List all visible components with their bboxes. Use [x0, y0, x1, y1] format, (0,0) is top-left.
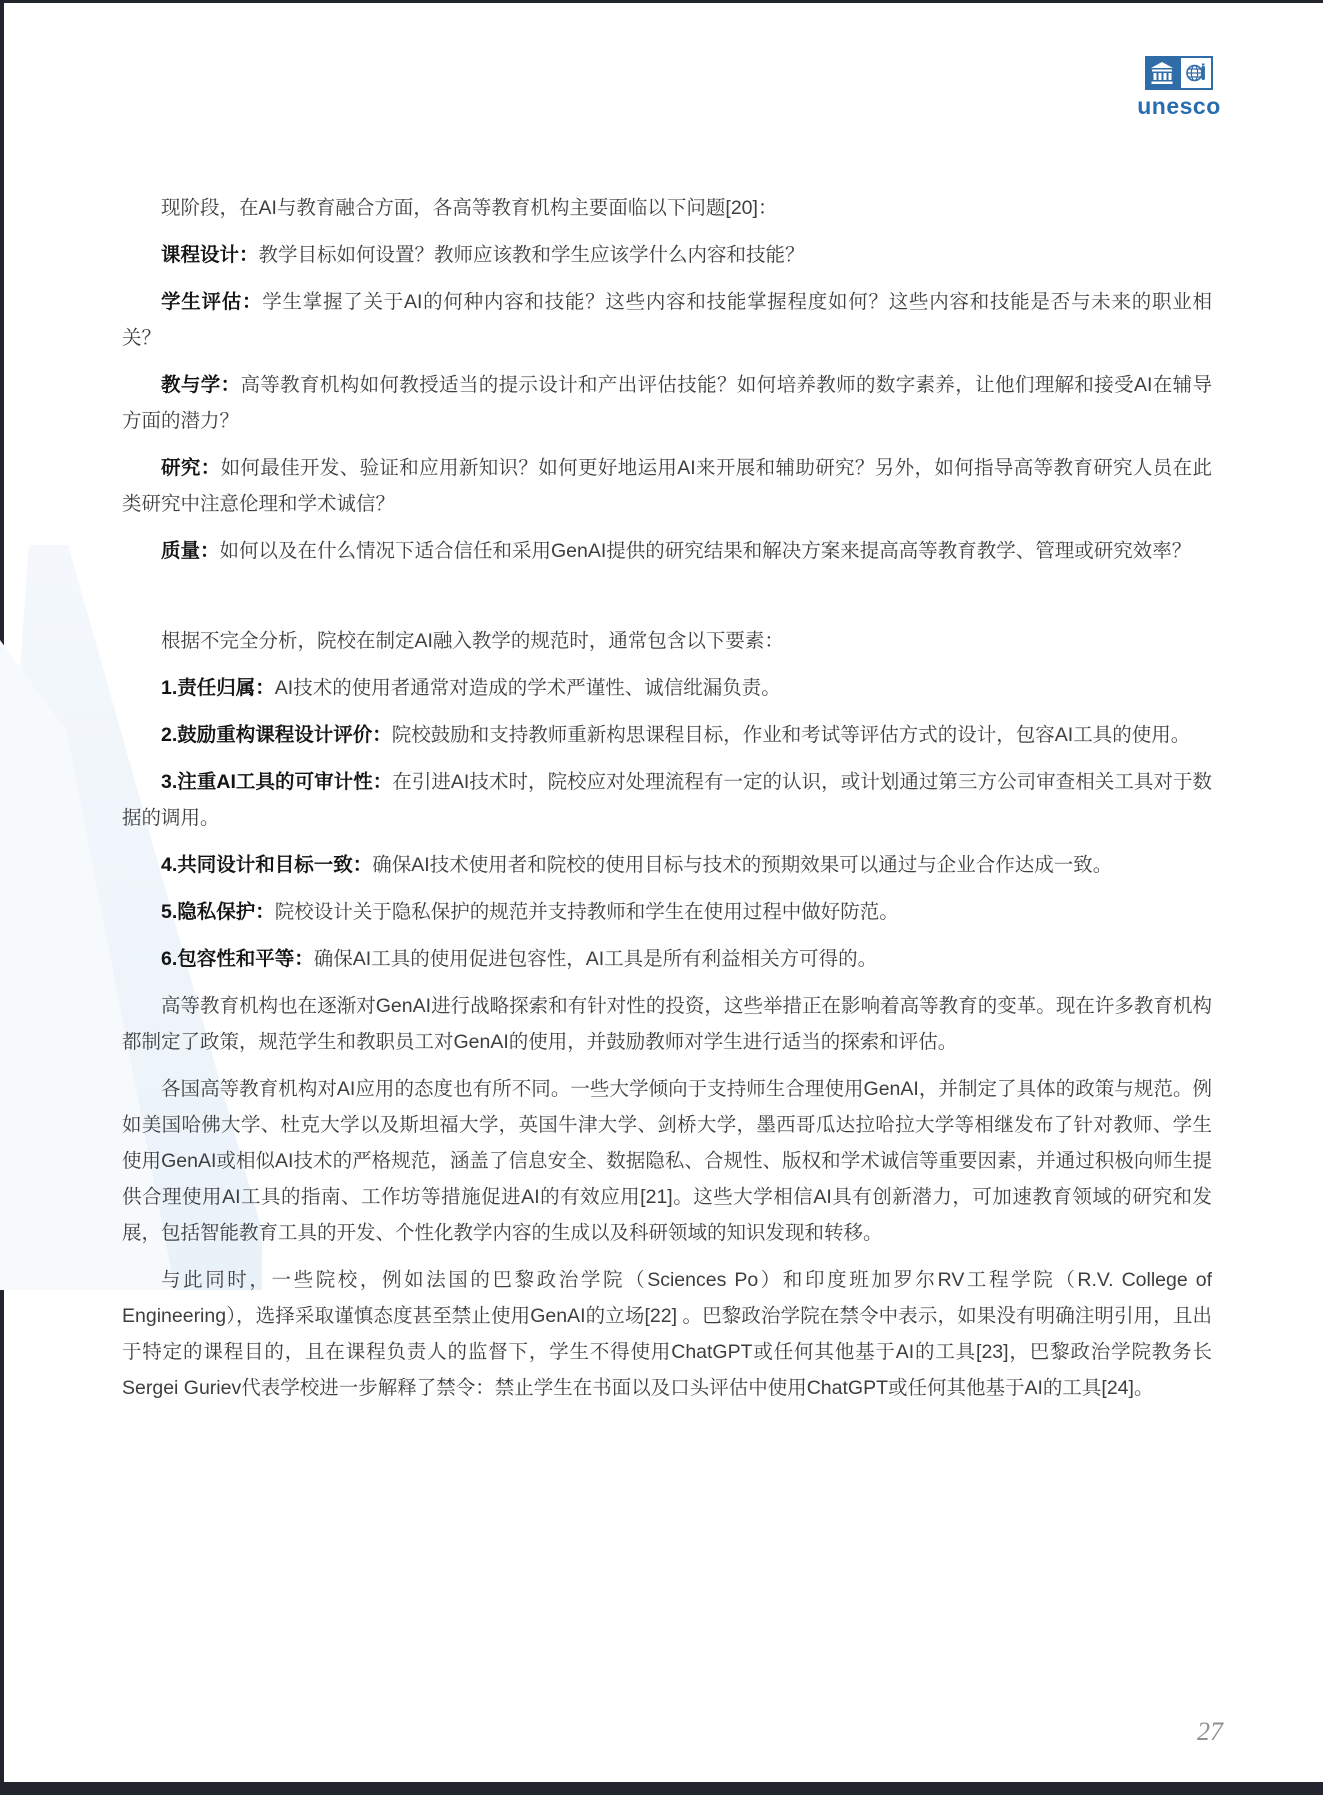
- unesco-logo: unesco: [1143, 56, 1215, 118]
- list-item-privacy: 5.隐私保护：院校设计关于隐私保护的规范并支持教师和学生在使用过程中做好防范。: [122, 894, 1212, 930]
- document-page: unesco 现阶段，在AI与教育融合方面，各高等教育机构主要面临以下问题[20…: [0, 0, 1323, 1795]
- globe-icon: [1179, 56, 1213, 90]
- list-item-responsibility: 1.责任归属：AI技术的使用者通常对造成的学术严谨性、诚信纰漏负责。: [122, 670, 1212, 706]
- list-item-co-design: 4.共同设计和目标一致：确保AI技术使用者和院校的使用目标与技术的预期效果可以通…: [122, 847, 1212, 883]
- unesco-temple-icon: [1145, 56, 1179, 90]
- paragraph-course-design: 课程设计：教学目标如何设置？教师应该教和学生应该学什么内容和技能？: [122, 237, 1212, 273]
- list-item-auditability: 3.注重AI工具的可审计性：在引进AI技术时，院校应对处理流程有一定的认识，或计…: [122, 764, 1212, 836]
- list-item-inclusion: 6.包容性和平等：确保AI工具的使用促进包容性，AI工具是所有利益相关方可得的。: [122, 941, 1212, 977]
- paragraph-strategic-investment: 高等教育机构也在逐渐对GenAI进行战略探索和有针对性的投资，这些举措正在影响着…: [122, 988, 1212, 1060]
- page-top-edge: [0, 0, 1323, 3]
- page-left-edge: [0, 0, 4, 1795]
- unesco-wordmark: unesco: [1137, 95, 1221, 118]
- paragraph-elements-intro: 根据不完全分析，院校在制定AI融入教学的规范时，通常包含以下要素：: [122, 623, 1212, 659]
- paragraph-bans: 与此同时，一些院校，例如法国的巴黎政治学院（Sciences Po）和印度班加罗…: [122, 1262, 1212, 1406]
- paragraph-quality: 质量：如何以及在什么情况下适合信任和采用GenAI提供的研究结果和解决方案来提高…: [122, 533, 1212, 569]
- paragraph-student-assessment: 学生评估：学生掌握了关于AI的何种内容和技能？这些内容和技能掌握程度如何？这些内…: [122, 284, 1212, 356]
- document-body: 现阶段，在AI与教育融合方面，各高等教育机构主要面临以下问题[20]： 课程设计…: [122, 190, 1212, 1417]
- page-bottom-edge: [0, 1782, 1323, 1795]
- page-number: 27: [1197, 1717, 1223, 1747]
- paragraph-university-policies: 各国高等教育机构对AI应用的态度也有所不同。一些大学倾向于支持师生合理使用Gen…: [122, 1071, 1212, 1251]
- unesco-logo-squares: [1145, 56, 1213, 90]
- paragraph-intro: 现阶段，在AI与教育融合方面，各高等教育机构主要面临以下问题[20]：: [122, 190, 1212, 226]
- list-item-redesign-assessment: 2.鼓励重构课程设计评价：院校鼓励和支持教师重新构思课程目标，作业和考试等评估方…: [122, 717, 1212, 753]
- paragraph-teaching-learning: 教与学：高等教育机构如何教授适当的提示设计和产出评估技能？如何培养教师的数字素养…: [122, 367, 1212, 439]
- paragraph-research: 研究：如何最佳开发、验证和应用新知识？如何更好地运用AI来开展和辅助研究？另外，…: [122, 450, 1212, 522]
